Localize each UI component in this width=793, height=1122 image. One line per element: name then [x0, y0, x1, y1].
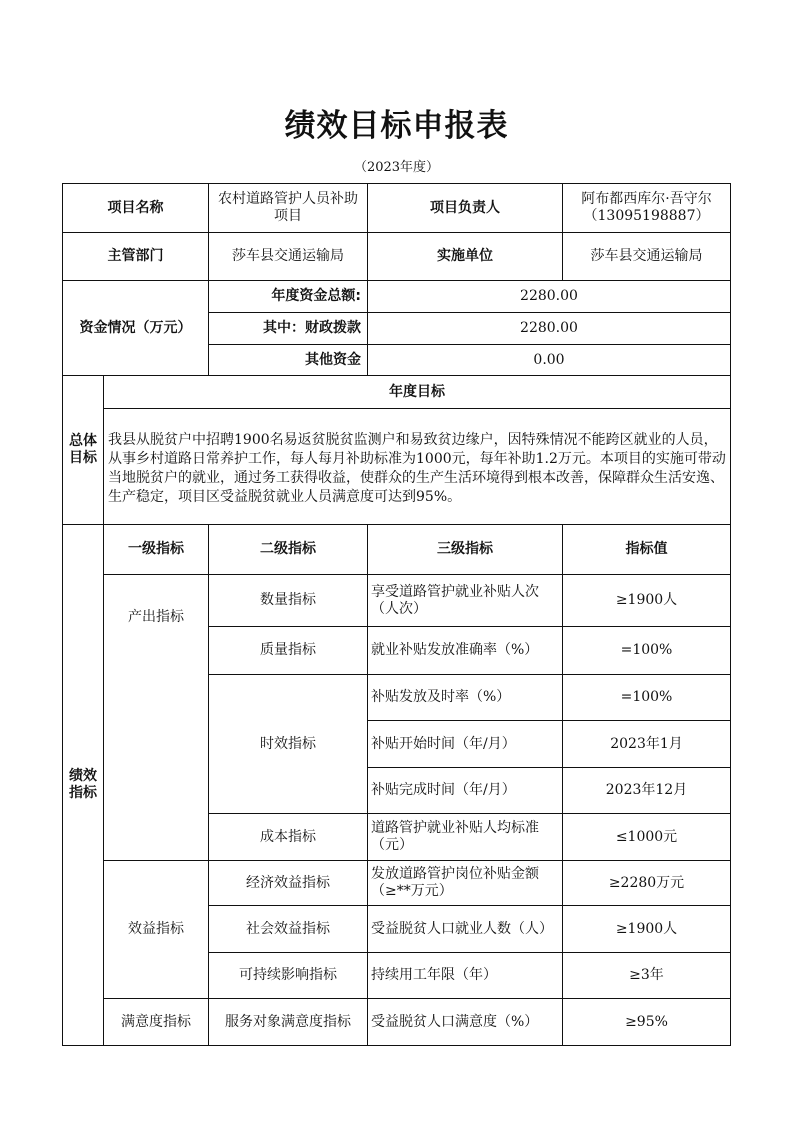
owner-value: 阿布都西库尔·吾守尔（13095198887） [563, 184, 731, 233]
table-row: 就业补贴发放准确率（%） [368, 627, 563, 675]
table-row-value: =100% [563, 675, 731, 721]
performance-form-table: 项目名称 农村道路管护人员补助项目 项目负责人 阿布都西库尔·吾守尔（13095… [62, 183, 731, 1046]
header-level2: 二级指标 [209, 525, 368, 575]
table-row: 道路管护就业补贴人均标准（元） [368, 814, 563, 861]
table-row: 发放道路管护岗位补贴金额（≥**万元） [368, 861, 563, 906]
page-title: 绩效目标申报表 [0, 100, 793, 145]
table-row: 持续用工年限（年） [368, 953, 563, 999]
table-row-value: ≤1000元 [563, 814, 731, 861]
funds-total-label: 年度资金总额: [209, 281, 368, 313]
table-row-value: ≥95% [563, 999, 731, 1046]
level2-sustainable: 可持续影响指标 [209, 953, 368, 999]
table-row-value: 2023年1月 [563, 721, 731, 768]
level1-benefit: 效益指标 [104, 861, 209, 999]
level1-output: 产出指标 [104, 575, 209, 861]
table-row-value: ≥3年 [563, 953, 731, 999]
table-row-value: ≥1900人 [563, 575, 731, 627]
level1-satisfaction: 满意度指标 [104, 999, 209, 1046]
table-row: 补贴开始时间（年/月） [368, 721, 563, 768]
level2-timeliness: 时效指标 [209, 675, 368, 814]
level2-quantity: 数量指标 [209, 575, 368, 627]
table-row: 补贴发放及时率（%） [368, 675, 563, 721]
table-row-value: 2023年12月 [563, 768, 731, 814]
funds-label: 资金情况（万元） [63, 281, 209, 376]
project-name-label: 项目名称 [63, 184, 209, 233]
impl-value: 莎车县交通运输局 [563, 233, 731, 281]
table-row: 补贴完成时间（年/月） [368, 768, 563, 814]
table-row: 受益脱贫人口满意度（%） [368, 999, 563, 1046]
annual-goal-text: 我县从脱贫户中招聘1900名易返贫脱贫监测户和易致贫边缘户，因特殊情况不能跨区就… [104, 409, 731, 525]
owner-label: 项目负责人 [368, 184, 563, 233]
annual-goal-header: 年度目标 [104, 376, 731, 409]
funds-fiscal-label: 其中：财政拨款 [209, 313, 368, 345]
table-row-value: ≥1900人 [563, 906, 731, 953]
table-row-value: =100% [563, 627, 731, 675]
level2-economic: 经济效益指标 [209, 861, 368, 906]
funds-other-value: 0.00 [368, 345, 731, 376]
table-row: 享受道路管护就业补贴人次（人次） [368, 575, 563, 627]
funds-total-value: 2280.00 [368, 281, 731, 313]
level2-service-satisfaction: 服务对象满意度指标 [209, 999, 368, 1046]
dept-value: 莎车县交通运输局 [209, 233, 368, 281]
project-name-value: 农村道路管护人员补助项目 [209, 184, 368, 233]
table-row: 受益脱贫人口就业人数（人） [368, 906, 563, 953]
header-value: 指标值 [563, 525, 731, 575]
dept-label: 主管部门 [63, 233, 209, 281]
level2-cost: 成本指标 [209, 814, 368, 861]
year-subtitle: （2023年度） [0, 156, 793, 175]
table-row-value: ≥2280万元 [563, 861, 731, 906]
funds-other-label: 其他资金 [209, 345, 368, 376]
overall-goal-label: 总体目标 [63, 376, 104, 525]
funds-fiscal-value: 2280.00 [368, 313, 731, 345]
level2-social: 社会效益指标 [209, 906, 368, 953]
impl-label: 实施单位 [368, 233, 563, 281]
header-level1: 一级指标 [104, 525, 209, 575]
header-level3: 三级指标 [368, 525, 563, 575]
perf-label: 绩效指标 [63, 525, 104, 1046]
level2-quality: 质量指标 [209, 627, 368, 675]
